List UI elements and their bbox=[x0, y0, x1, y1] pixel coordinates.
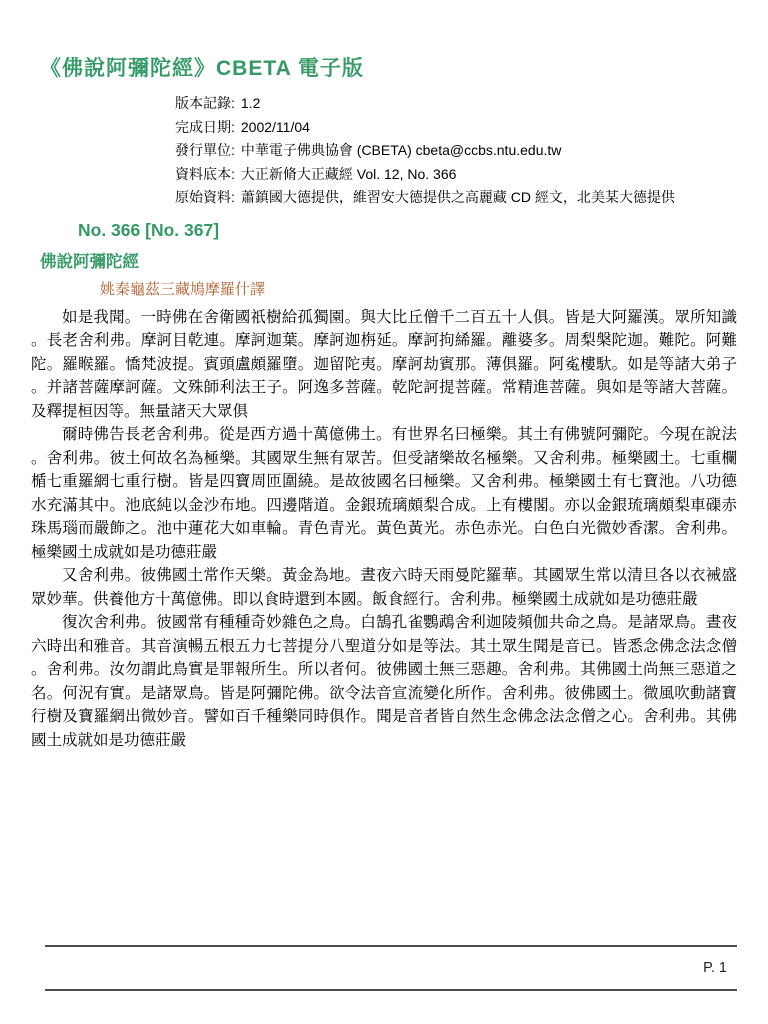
metadata-label: 原始資料: bbox=[175, 189, 235, 205]
metadata-label: 發行單位: bbox=[175, 142, 235, 158]
sutra-paragraph: 如是我聞。一時佛在舍衛國祇樹給孤獨園。與大比丘僧千二百五十人俱。皆是大阿羅漢。眾… bbox=[31, 306, 737, 424]
metadata-row-date: 完成日期:2002/11/04 bbox=[175, 116, 738, 140]
metadata-value: 2002/11/04 bbox=[241, 119, 310, 135]
metadata-value: 蕭鎮國大德提供，維習安大德提供之高麗藏 CD 經文，北美某大德提供 bbox=[241, 189, 675, 205]
metadata-block: 版本記錄:1.2 完成日期:2002/11/04 發行單位:中華電子佛典協會 (… bbox=[175, 92, 738, 210]
sutra-paragraph: 又舍利弗。彼佛國土常作天樂。黃金為地。晝夜六時天雨曼陀羅華。其國眾生常以清旦各以… bbox=[31, 564, 737, 611]
metadata-row-original: 原始資料:蕭鎮國大德提供，維習安大德提供之高麗藏 CD 經文，北美某大德提供 bbox=[175, 186, 738, 210]
document-title: 《佛說阿彌陀經》CBETA 電子版 bbox=[40, 52, 738, 82]
metadata-row-version: 版本記錄:1.2 bbox=[175, 92, 738, 116]
sutra-paragraph: 爾時佛告長老舍利弗。從是西方過十萬億佛土。有世界名曰極樂。其土有佛號阿彌陀。今現… bbox=[31, 423, 737, 564]
page-number: P. 1 bbox=[703, 960, 727, 976]
metadata-value: 1.2 bbox=[241, 95, 260, 111]
metadata-row-source: 資料底本:大正新脩大正藏經 Vol. 12, No. 366 bbox=[175, 163, 738, 187]
sutra-body: 如是我聞。一時佛在舍衛國祇樹給孤獨園。與大比丘僧千二百五十人俱。皆是大阿羅漢。眾… bbox=[31, 306, 737, 753]
translator-line: 姚秦龜茲三藏鳩摩羅什譯 bbox=[100, 278, 768, 299]
document-page: 《佛說阿彌陀經》CBETA 電子版 版本記錄:1.2 完成日期:2002/11/… bbox=[0, 0, 768, 1024]
metadata-value: 中華電子佛典協會 (CBETA) cbeta@ccbs.ntu.edu.tw bbox=[241, 142, 561, 158]
metadata-value: 大正新脩大正藏經 Vol. 12, No. 366 bbox=[241, 166, 457, 182]
sutra-paragraph: 復次舍利弗。彼國常有種種奇妙雜色之鳥。白鵠孔雀鸚鵡舍利迦陵頻伽共命之鳥。是諸眾鳥… bbox=[31, 611, 737, 752]
footer-row: P. 1 bbox=[45, 947, 737, 989]
sutra-title: 佛說阿彌陀經 bbox=[40, 248, 768, 272]
metadata-label: 完成日期: bbox=[175, 119, 235, 135]
metadata-label: 版本記錄: bbox=[175, 95, 235, 111]
page-footer: P. 1 bbox=[45, 945, 737, 991]
metadata-label: 資料底本: bbox=[175, 166, 235, 182]
section-number: No. 366 [No. 367] bbox=[78, 220, 768, 241]
metadata-row-publisher: 發行單位:中華電子佛典協會 (CBETA) cbeta@ccbs.ntu.edu… bbox=[175, 139, 738, 163]
